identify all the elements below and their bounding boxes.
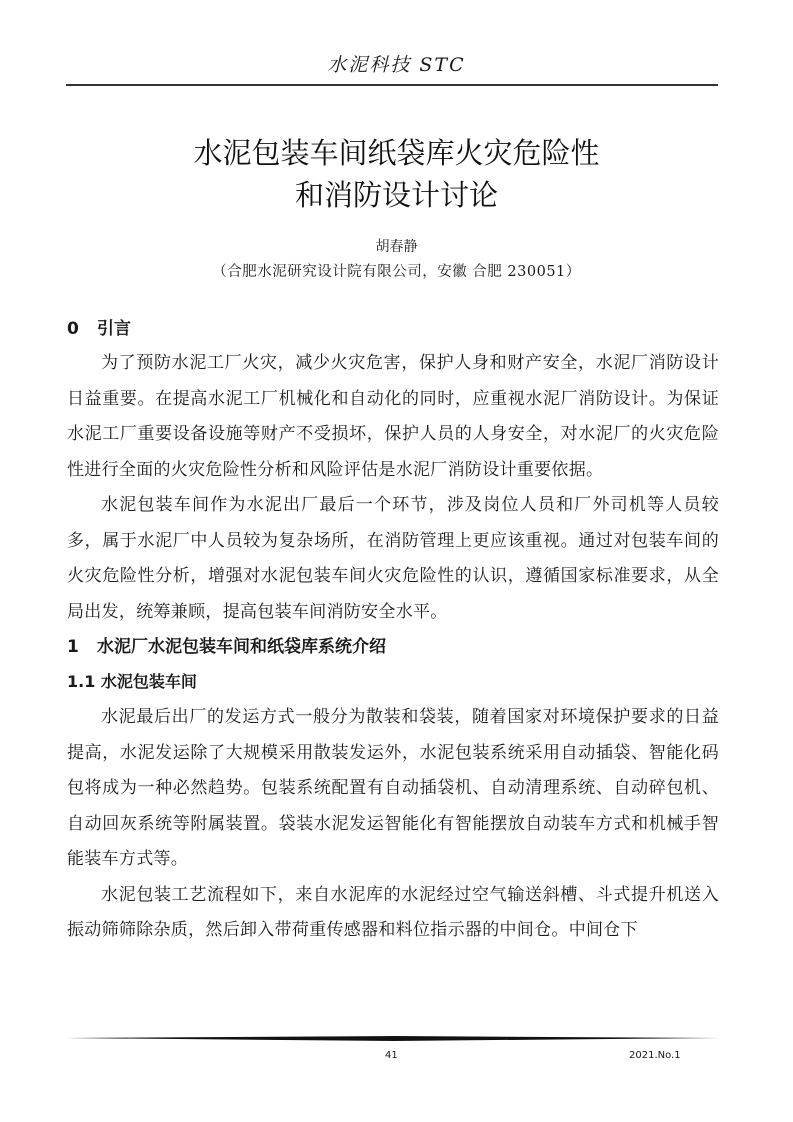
footer-divider [66, 1036, 720, 1041]
subsection-title: 水泥包装车间 [101, 672, 197, 691]
title-line-1: 水泥包装车间纸袋库火灾危险性 [0, 132, 793, 174]
subsection-number: 1.1 [67, 672, 95, 691]
author-name: 胡春静 [0, 236, 793, 256]
header-divider [66, 84, 718, 86]
section-heading-1: 1水泥厂水泥包装车间和纸袋库系统介绍 [67, 630, 719, 664]
paragraph: 为了预防水泥工厂火灾，减少火灾危害，保护人身和财产安全，水泥厂消防设计日益重要。… [67, 346, 719, 488]
title-line-2: 和消防设计讨论 [0, 174, 793, 216]
section-title: 引言 [97, 319, 131, 339]
journal-name: 水泥科技 STC [0, 50, 793, 77]
section-title: 水泥厂水泥包装车间和纸袋库系统介绍 [97, 637, 386, 657]
article-body: 0引言 为了预防水泥工厂火灾，减少火灾危害，保护人身和财产安全，水泥厂消防设计日… [67, 312, 719, 949]
paragraph: 水泥最后出厂的发运方式一般分为散装和袋装，随着国家对环境保护要求的日益提高，水泥… [67, 700, 719, 878]
section-heading-0: 0引言 [67, 312, 719, 346]
paragraph: 水泥包装车间作为水泥出厂最后一个环节，涉及岗位人员和厂外司机等人员较多，属于水泥… [67, 488, 719, 630]
article-title: 水泥包装车间纸袋库火灾危险性 和消防设计讨论 [0, 132, 793, 216]
issue-label: 2021.No.1 [629, 1050, 681, 1061]
paragraph: 水泥包装工艺流程如下，来自水泥库的水泥经过空气输送斜槽、斗式提升机送入振动筛筛除… [67, 878, 719, 949]
page-number: 41 [385, 1050, 398, 1061]
author-affiliation: （合肥水泥研究设计院有限公司，安徽 合肥 230051） [0, 260, 793, 281]
section-number: 1 [67, 630, 97, 664]
subsection-heading-1-1: 1.1 水泥包装车间 [67, 664, 719, 700]
section-number: 0 [67, 312, 97, 346]
